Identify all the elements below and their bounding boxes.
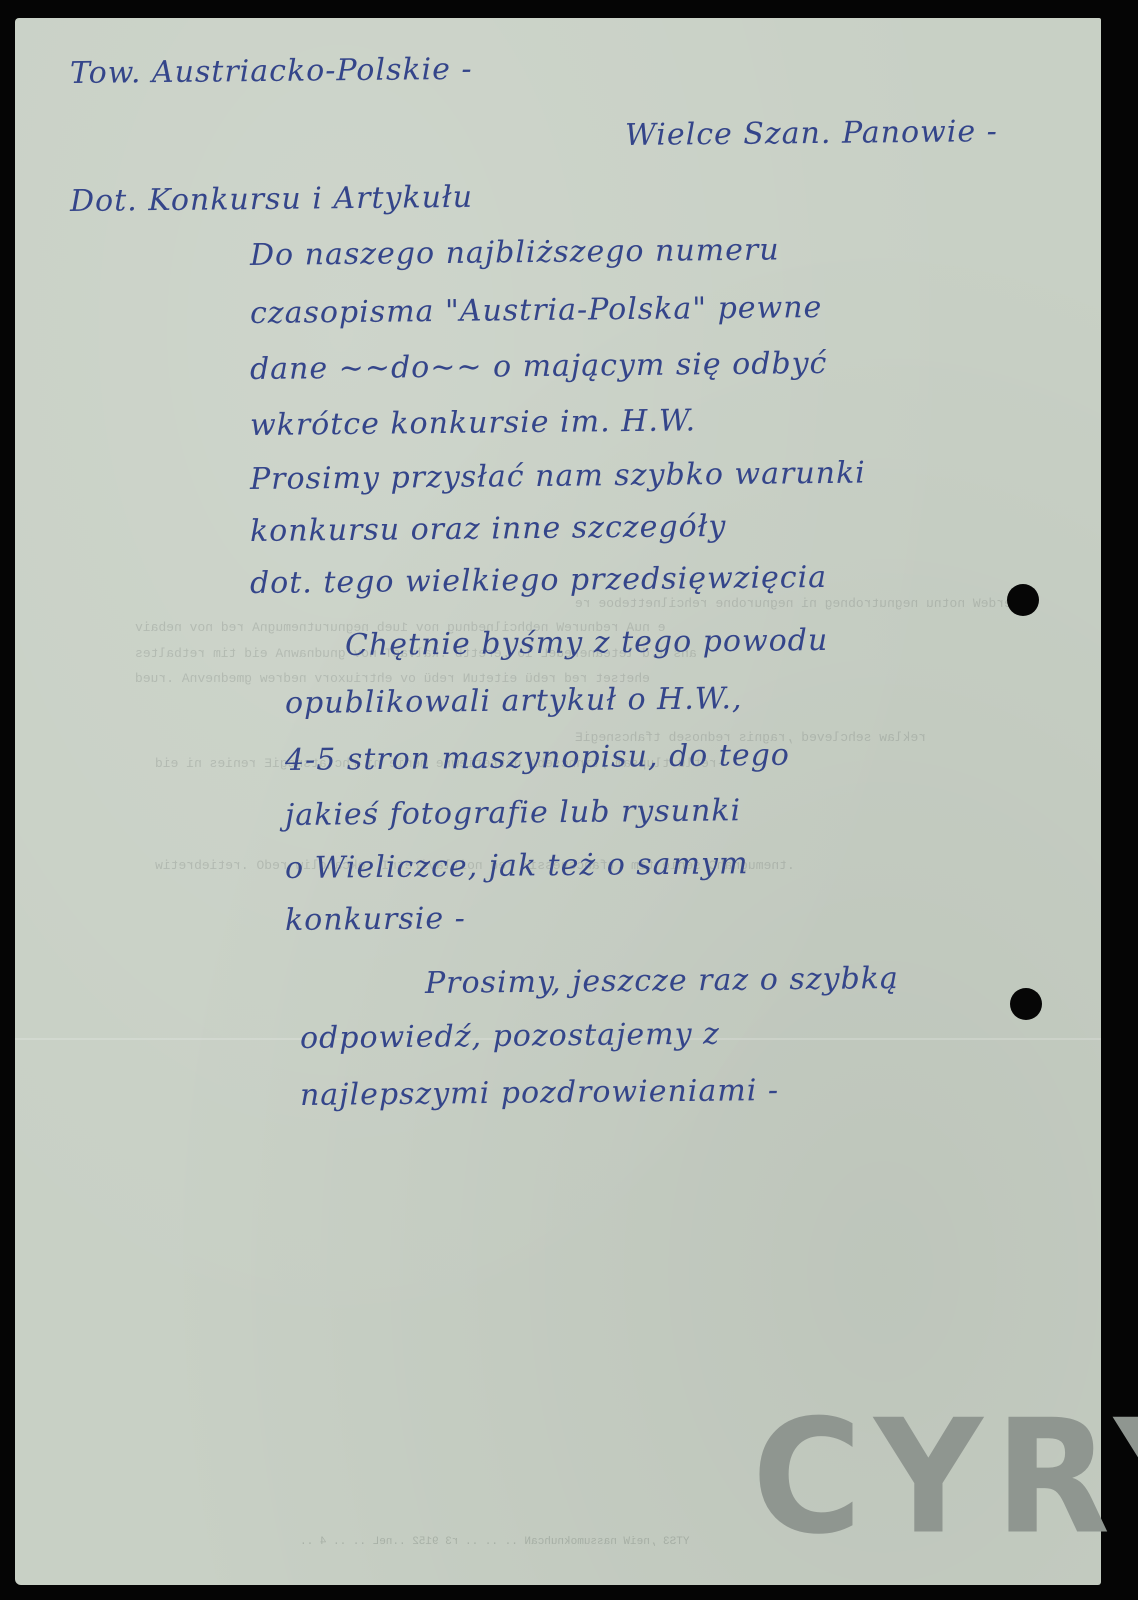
cyryl-watermark: CYRYL bbox=[752, 1399, 1138, 1557]
body-line: odpowiedź, pozostajemy z bbox=[300, 1017, 720, 1056]
body-line: Chętnie byśmy z tego powodu bbox=[345, 623, 829, 663]
body-line: dot. tego wielkiego przedsięwzięcia bbox=[250, 560, 827, 601]
body-line: dane ~~do~~ o mającym się odbyć bbox=[250, 346, 828, 387]
body-line: czasopisma "Austria-Polska" pewne bbox=[250, 290, 823, 331]
body-line: 4-5 stron maszynopisu, do tego bbox=[285, 738, 790, 778]
subject-line: Dot. Konkursu i Artykułu bbox=[70, 180, 473, 219]
punch-hole bbox=[1007, 584, 1039, 616]
body-line: Prosimy, jeszcze raz o szybką bbox=[425, 961, 899, 1001]
body-line: Do naszego najbliższego numeru bbox=[250, 232, 780, 273]
reverse-typewriter-trace: -tierdeW notnu negnutrobneg ni negnurobn… bbox=[575, 596, 1035, 611]
body-line: najlepszymi pozdrowieniami - bbox=[300, 1073, 779, 1113]
body-line: Prosimy przysłać nam szybko warunki bbox=[250, 456, 866, 497]
addressee-line: Tow. Austriacko-Polskie - bbox=[70, 52, 473, 91]
letter-paper: -tierdeW notnu negnutrobneg ni negnurobn… bbox=[15, 18, 1101, 1585]
body-line: jakieś fotografie lub rysunki bbox=[285, 793, 741, 833]
body-line: konkursu oraz inne szczegóły bbox=[250, 509, 727, 549]
punch-hole bbox=[1010, 988, 1042, 1020]
body-line: konkursie - bbox=[285, 901, 466, 938]
body-line: o Wieliczce, jak też o samym bbox=[285, 846, 749, 886]
reverse-letterhead-footer: YTS3 ,neiW nassumoknuhcaN .. .. .. r3 91… bbox=[300, 1536, 689, 1548]
body-line: wkrótce konkursie im. H.W. bbox=[250, 403, 696, 443]
salutation-line: Wielce Szan. Panowie - bbox=[625, 114, 998, 153]
body-line: opublikowali artykuł o H.W., bbox=[285, 681, 743, 721]
